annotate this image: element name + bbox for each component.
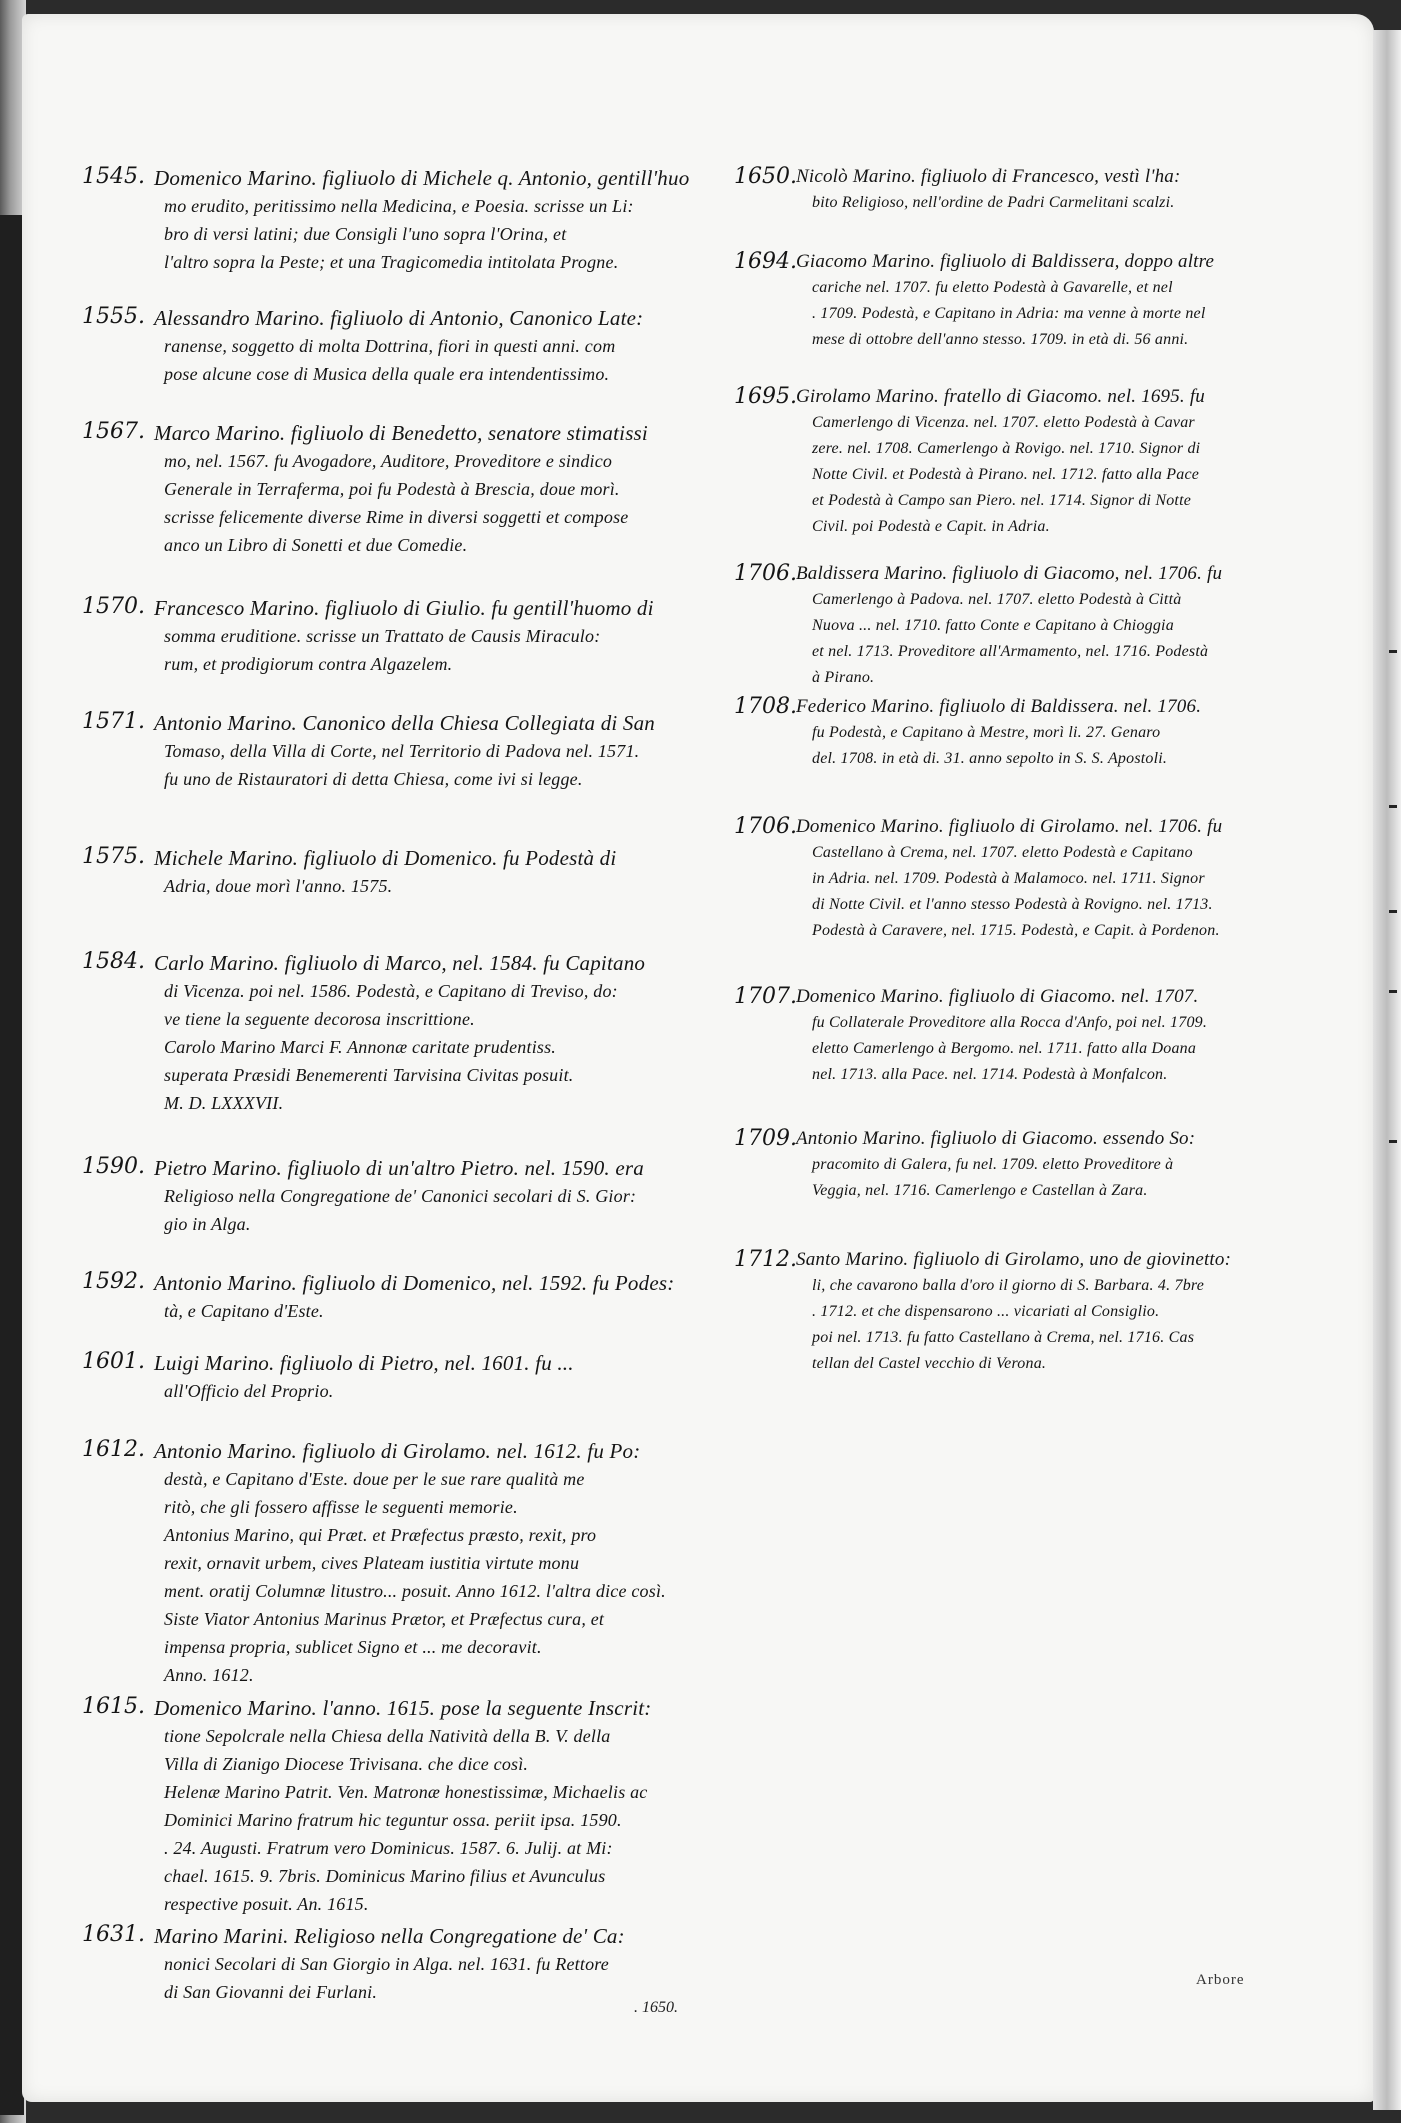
inscription-line: Carolo Marino Marci F. Annonæ caritate p… (164, 1033, 645, 1061)
entry-year: 1631. (82, 1922, 145, 1947)
entry-line: Luigi Marino. figliuolo di Pietro, nel. … (154, 1349, 574, 1377)
entry-line: Religioso nella Congregatione de' Canoni… (164, 1182, 644, 1210)
entry-line: Tomaso, della Villa di Corte, nel Territ… (164, 737, 655, 765)
entry-year: 1712. (734, 1247, 797, 1272)
inscription-line: respective posuit. An. 1615. (164, 1890, 651, 1918)
inscription-line: Helenæ Marino Patrit. Ven. Matronæ hones… (164, 1778, 651, 1806)
entry-line: Castellano à Crema, nel. 1707. eletto Po… (812, 840, 1222, 866)
entry-line: Alessandro Marino. figliuolo di Antonio,… (154, 304, 643, 332)
entry-year: 1584. (82, 949, 145, 974)
entry-line: nonici Secolari di San Giorgio in Alga. … (164, 1950, 625, 1978)
entry-line: scrisse felicemente diverse Rime in dive… (164, 503, 648, 531)
entry-line: Girolamo Marino. fratello di Giacomo. ne… (796, 384, 1205, 410)
entry-line: Notte Civil. et Podestà à Pirano. nel. 1… (812, 462, 1205, 488)
entry-line: Antonio Marino. Canonico della Chiesa Co… (154, 709, 655, 737)
entry-line: Santo Marino. figliuolo di Girolamo, uno… (796, 1247, 1231, 1273)
entry-line: fu Podestà, e Capitano à Mestre, morì li… (812, 720, 1201, 746)
entry-line: Carlo Marino. figliuolo di Marco, nel. 1… (154, 949, 645, 977)
entry-line: fu uno de Ristauratori di detta Chiesa, … (164, 765, 655, 793)
entry-year: 1592. (82, 1269, 145, 1294)
entry-line: Marino Marini. Religioso nella Congregat… (154, 1922, 625, 1950)
entry-year: 1707. (734, 984, 797, 1009)
entry-line: mo, nel. 1567. fu Avogadore, Auditore, P… (164, 447, 648, 475)
inscription-line: Siste Viator Antonius Marinus Prætor, et… (164, 1605, 666, 1633)
entry-line: Podestà à Caravere, nel. 1715. Podestà, … (812, 918, 1222, 944)
inscription-line: . 24. Augusti. Fratrum vero Dominicus. 1… (164, 1834, 651, 1862)
entry-line: eletto Camerlengo à Bergomo. nel. 1711. … (812, 1036, 1207, 1062)
entry-line: Veggia, nel. 1716. Camerlengo e Castella… (812, 1178, 1195, 1204)
entry-year: 1575. (82, 844, 145, 869)
entry-line: Domenico Marino. figliuolo di Michele q.… (154, 164, 689, 192)
entry-year: 1706. (734, 561, 797, 586)
entry-line: Michele Marino. figliuolo di Domenico. f… (154, 844, 616, 872)
entry-line: Antonio Marino. figliuolo di Giacomo. es… (796, 1126, 1195, 1152)
page-number: . 1650. (634, 1999, 678, 2017)
entry-line: mese di ottobre dell'anno stesso. 1709. … (812, 327, 1214, 353)
entry-line: à Pirano. (812, 665, 1222, 691)
entry-year: 1706. (734, 814, 797, 839)
entry-line: all'Officio del Proprio. (164, 1377, 574, 1405)
entry-line: l'altro sopra la Peste; et una Tragicome… (164, 248, 689, 276)
entry-line: Nicolò Marino. figliuolo di Francesco, v… (796, 164, 1181, 190)
inscription-line: superata Præsidi Benemerenti Tarvisina C… (164, 1061, 645, 1089)
entry-line: tione Sepolcrale nella Chiesa della Nati… (164, 1722, 651, 1750)
entry-year: 1708. (734, 694, 797, 719)
entry-line: destà, e Capitano d'Este. doue per le su… (164, 1465, 666, 1493)
entry-line: tà, e Capitano d'Este. (164, 1297, 674, 1325)
manuscript-page: 1545. Domenico Marino. figliuolo di Mich… (22, 14, 1374, 2102)
entry-year: 1567. (82, 419, 145, 444)
margin-mark (1389, 1140, 1397, 1143)
margin-mark (1389, 650, 1397, 653)
page-edge-right (1373, 30, 1401, 2110)
entry-line: Adria, doue morì l'anno. 1575. (164, 872, 616, 900)
entry-line: zere. nel. 1708. Camerlengo à Rovigo. ne… (812, 436, 1205, 462)
entry-line: Giacomo Marino. figliuolo di Baldissera,… (796, 249, 1214, 275)
inscription-line: Antonius Marino, qui Præt. et Præfectus … (164, 1521, 666, 1549)
inscription-line: impensa propria, sublicet Signo et ... m… (164, 1633, 666, 1661)
entry-line: in Adria. nel. 1709. Podestà à Malamoco.… (812, 866, 1222, 892)
margin-mark (1389, 805, 1397, 808)
inscription-line: M. D. LXXXVII. (164, 1089, 645, 1117)
entry-line: fu Collaterale Proveditore alla Rocca d'… (812, 1010, 1207, 1036)
entry-line: Antonio Marino. figliuolo di Girolamo. n… (154, 1437, 666, 1465)
entry-year: 1555. (82, 304, 145, 329)
entry-year: 1545. (82, 164, 145, 189)
entry-line: . 1709. Podestà, e Capitano in Adria: ma… (812, 301, 1214, 327)
entry-line: et Podestà à Campo san Piero. nel. 1714.… (812, 488, 1205, 514)
entry-line: ranense, soggetto di molta Dottrina, fio… (164, 332, 643, 360)
entry-year: 1695. (734, 384, 797, 409)
entry-line: di Notte Civil. et l'anno stesso Podestà… (812, 892, 1222, 918)
entry-line: Civil. poi Podestà e Capit. in Adria. (812, 514, 1205, 540)
entry-year: 1601. (82, 1349, 145, 1374)
entry-line: bro di versi latini; due Consigli l'uno … (164, 220, 689, 248)
entry-line: li, che cavarono balla d'oro il giorno d… (812, 1273, 1231, 1299)
entry-line: Pietro Marino. figliuolo di un'altro Pie… (154, 1154, 644, 1182)
entry-line: cariche nel. 1707. fu eletto Podestà à G… (812, 275, 1214, 301)
entry-line: Nuova ... nel. 1710. fatto Conte e Capit… (812, 613, 1222, 639)
entry-line: gio in Alga. (164, 1210, 644, 1238)
margin-mark (1389, 910, 1397, 913)
entry-year: 1570. (82, 594, 145, 619)
entry-line: . 1712. et che dispensarono ... vicariat… (812, 1299, 1231, 1325)
entry-line: Domenico Marino. figliuolo di Girolamo. … (796, 814, 1222, 840)
entry-line: Generale in Terraferma, poi fu Podestà à… (164, 475, 648, 503)
entry-line: Federico Marino. figliuolo di Baldissera… (796, 694, 1201, 720)
inscription-line: rexit, ornavit urbem, cives Plateam iust… (164, 1549, 666, 1577)
entry-line: Villa di Zianigo Diocese Trivisana. che … (164, 1750, 651, 1778)
entry-line: mo erudito, peritissimo nella Medicina, … (164, 192, 689, 220)
inscription-line: chael. 1615. 9. 7bris. Dominicus Marino … (164, 1862, 651, 1890)
entry-line: Marco Marino. figliuolo di Benedetto, se… (154, 419, 648, 447)
entry-year: 1571. (82, 709, 145, 734)
entry-line: Camerlengo à Padova. nel. 1707. eletto P… (812, 587, 1222, 613)
entry-line: del. 1708. in età di. 31. anno sepolto i… (812, 746, 1201, 772)
entry-line: pose alcune cose di Musica della quale e… (164, 360, 643, 388)
entry-line: poi nel. 1713. fu fatto Castellano à Cre… (812, 1325, 1231, 1351)
entry-line: bito Religioso, nell'ordine de Padri Car… (812, 190, 1181, 216)
entry-line: di San Giovanni dei Furlani. (164, 1978, 625, 2006)
inscription-line: Dominici Marino fratrum hic teguntur oss… (164, 1806, 651, 1834)
entry-line: Francesco Marino. figliuolo di Giulio. f… (154, 594, 654, 622)
entry-line: di Vicenza. poi nel. 1586. Podestà, e Ca… (164, 977, 645, 1005)
entry-line: Domenico Marino. l'anno. 1615. pose la s… (154, 1694, 651, 1722)
entry-line: rum, et prodigiorum contra Algazelem. (164, 650, 654, 678)
binding-dark-edge (0, 215, 24, 2115)
margin-mark (1389, 990, 1397, 993)
entry-line: ritò, che gli fossero affisse le seguent… (164, 1493, 666, 1521)
inscription-line: Anno. 1612. (164, 1661, 666, 1689)
entry-year: 1694. (734, 249, 797, 274)
entry-year: 1612. (82, 1437, 145, 1462)
entry-line: Antonio Marino. figliuolo di Domenico, n… (154, 1269, 674, 1297)
entry-line: ve tiene la seguente decorosa inscrittio… (164, 1005, 645, 1033)
entry-year: 1615. (82, 1694, 145, 1719)
entry-year: 1709. (734, 1126, 797, 1151)
entry-year: 1650. (734, 164, 797, 189)
entry-line: anco un Libro di Sonetti et due Comedie. (164, 531, 648, 559)
entry-line: nel. 1713. alla Pace. nel. 1714. Podestà… (812, 1062, 1207, 1088)
entry-line: somma eruditione. scrisse un Trattato de… (164, 622, 654, 650)
entry-line: Camerlengo di Vicenza. nel. 1707. eletto… (812, 410, 1205, 436)
inscription-line: ment. oratij Columnæ litustro... posuit.… (164, 1577, 666, 1605)
entry-line: pracomito di Galera, fu nel. 1709. elett… (812, 1152, 1195, 1178)
catchword: Arbore (1196, 1972, 1244, 1989)
entry-line: et nel. 1713. Proveditore all'Armamento,… (812, 639, 1222, 665)
entry-line: Domenico Marino. figliuolo di Giacomo. n… (796, 984, 1207, 1010)
entry-line: Baldissera Marino. figliuolo di Giacomo,… (796, 561, 1222, 587)
entry-line: tellan del Castel vecchio di Verona. (812, 1351, 1231, 1377)
entry-year: 1590. (82, 1154, 145, 1179)
